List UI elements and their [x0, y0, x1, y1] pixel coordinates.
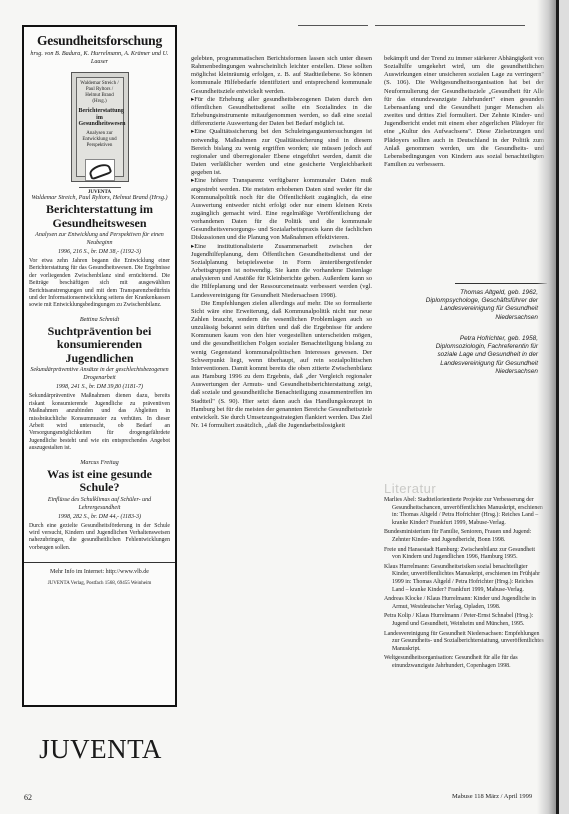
book-subtitle: Analysen zur Entwicklung und Perspektive… [29, 231, 170, 247]
bio-line: Diplompsychologe, Geschäftsführer der [390, 297, 538, 305]
bio-line: Landesvereinigung für Gesundheit [390, 305, 538, 313]
cover-top-text: Waldemar Streich / Paul Ryltors / Helmut… [79, 81, 121, 105]
cover-subtitle: Analysen zur Entwicklung und Perspektive… [79, 131, 121, 149]
bio-line: Diplomsoziologin, Fachreferentin für [390, 343, 538, 351]
bullet-paragraph: Eine institutionalisierte Zusammenarbeit… [191, 243, 372, 300]
literature-item: Bundesministerium für Familie, Senioren,… [384, 529, 544, 544]
article-column-right: bekämpft und der Trend zu immer stärkere… [384, 55, 544, 169]
book-title: Suchtprävention bei konsumierenden Jugen… [29, 325, 170, 366]
facing-page-strip [559, 0, 569, 814]
ad-book-3: Marcus Freitag Was ist eine gesunde Schu… [29, 459, 170, 553]
book-authors: Marcus Freitag [29, 459, 170, 467]
bio-line: soziale Lage und Gesundheit in der [390, 351, 538, 359]
book-description: Sekundärpräventive Maßnahmen dienen dazu… [29, 393, 170, 452]
bio-line: Thomas Altgeld, geb. 1962, [390, 289, 538, 297]
issue-footer: Mabuse 118 März / April 1999 [452, 793, 532, 800]
publisher-ad-box: Gesundheitsforschung hrsg. von B. Badura… [22, 25, 177, 707]
book-subtitle: Sekundärpräventive Ansätze in der geschl… [29, 366, 170, 382]
ad-series-editors: hrsg. von B. Badura, K. Hurrelmann, A. K… [29, 50, 170, 66]
bio-line: Niedersachsen [390, 368, 538, 376]
book-authors: Bettina Schmidt [29, 316, 170, 324]
literature-item: Landesvereinigung für Gesundheit Nieders… [384, 631, 544, 654]
ad-footer: Mehr Info im Internet: http://www.vlb.de… [24, 562, 175, 587]
literature-item: Marlies Abel: Stadtteilorientierte Proje… [384, 497, 544, 527]
literature-item: Weltgesundheitsorganisation: Gesundheit … [384, 655, 544, 670]
author-bio-2: Petra Hofrichter, geb. 1958, Diplomsozio… [390, 335, 538, 376]
paragraph: gelebten, programmatischen Berichtsforme… [191, 55, 372, 96]
ad-address: JUVENTA Verlag, Postfach 1568, 69455 Wei… [28, 580, 171, 587]
author-bio-1: Thomas Altgeld, geb. 1962, Diplompsychol… [390, 289, 538, 322]
publisher-logo: JUVENTA [28, 734, 173, 765]
ad-book-1: Waldemar Streich, Paul Ryltors, Helmut B… [29, 194, 170, 310]
ad-book-2: Bettina Schmidt Suchtprävention bei kons… [29, 316, 170, 453]
literature-item: Andreas Klocke / Klaus Hurrelmann: Kinde… [384, 596, 544, 611]
literature-item: Petra Kolip / Klaus Hurrelmann / Peter-E… [384, 613, 544, 628]
bio-line: Niedersachsen [390, 314, 538, 322]
paragraph: Die Empfehlungen zielen allerdings auf m… [191, 300, 372, 431]
book-cover-image: Waldemar Streich / Paul Ryltors / Helmut… [71, 72, 129, 182]
cover-publisher: JUVENTA [79, 187, 121, 196]
literature-item: Freie und Hansestadt Hamburg: Zwischenbi… [384, 547, 544, 562]
book-meta: 1998, 241 S., br. DM 39,80 (1181-7) [29, 383, 170, 391]
bullet-paragraph: Eine Qualitätssicherung bei den Schulein… [191, 128, 372, 177]
top-rule [375, 25, 525, 26]
cover-illustration-icon [85, 159, 115, 181]
bullet-paragraph: Für die Erhebung aller gesundheitsbezoge… [191, 96, 372, 129]
page-number: 62 [24, 793, 32, 802]
signature-rule [455, 283, 547, 284]
magazine-page: Gesundheitsforschung hrsg. von B. Badura… [0, 0, 569, 814]
literature-list: Marlies Abel: Stadtteilorientierte Proje… [384, 497, 544, 672]
top-rule [298, 25, 368, 26]
bio-line: Landesvereinigung für Gesundheit [390, 360, 538, 368]
book-description: Durch eine gezielte Gesundheitsförderung… [29, 523, 170, 553]
book-title: Berichterstattung im Gesundheitswesen [29, 203, 170, 230]
book-title: Was ist eine gesunde Schule? [29, 468, 170, 495]
book-subtitle: Einflüsse des Schulklimas auf Schüler- u… [29, 496, 170, 512]
literature-heading: Literatur [384, 481, 436, 496]
ad-series-title: Gesundheitsforschung [29, 33, 170, 49]
bio-line: Petra Hofrichter, geb. 1958, [390, 335, 538, 343]
bullet-paragraph: Eine höhere Transparenz verfügbarer komm… [191, 177, 372, 242]
book-description: Vor etwa zehn Jahren begann die Entwickl… [29, 258, 170, 310]
literature-item: Klaus Hurrelmann: Gesundheitsrisiken soz… [384, 564, 544, 594]
ad-website-link[interactable]: Mehr Info im Internet: http://www.vlb.de [28, 568, 171, 577]
cover-title: Berichterstattung im Gesundheitswesen [79, 108, 121, 128]
article-column-middle: gelebten, programmatischen Berichtsforme… [191, 55, 372, 430]
paragraph: bekämpft und der Trend zu immer stärkere… [384, 55, 544, 169]
book-meta: 1998, 282 S., br. DM 44,- (1183-3) [29, 513, 170, 521]
book-meta: 1996, 216 S., br. DM 38,- (1192-3) [29, 248, 170, 256]
